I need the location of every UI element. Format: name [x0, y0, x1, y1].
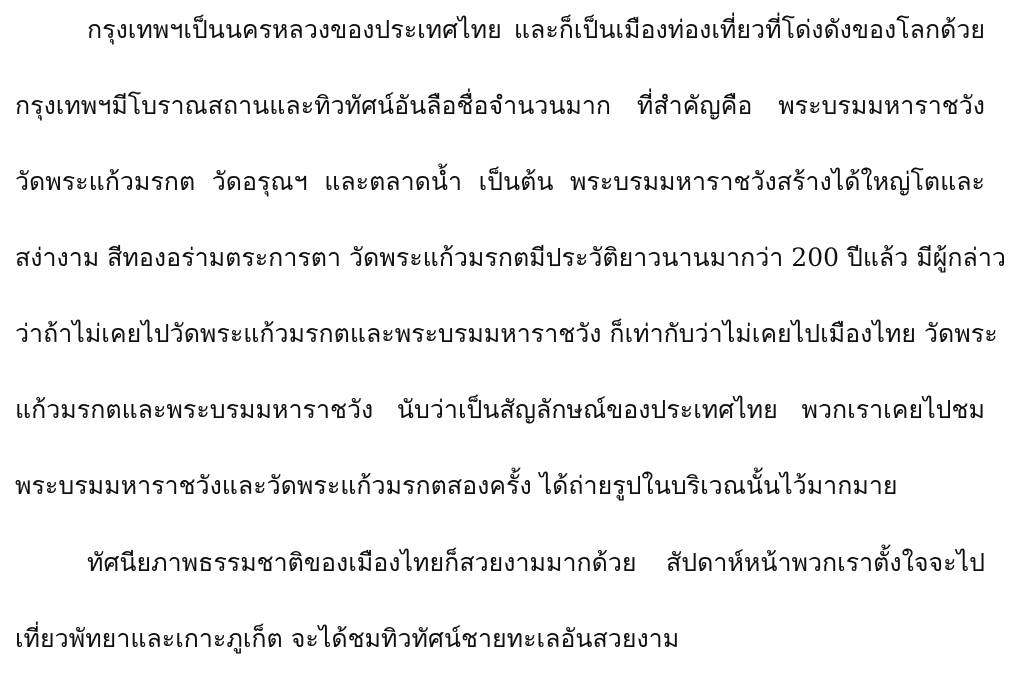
- paragraph-1-line-7: พระบรมมหาราชวังและวัดพระแก้วมรกตสองครั้ง…: [15, 466, 985, 506]
- paragraph-1-line-4: สง่างาม สีทองอร่ามตระการตา วัดพระแก้วมรก…: [15, 238, 985, 278]
- paragraph-1-line-5: ว่าถ้าไม่เคยไปวัดพระแก้วมรกตและพระบรมมหา…: [15, 314, 985, 354]
- paragraph-2-line-2: เที่ยวพัทยาและเกาะภูเก็ต จะได้ชมทิวทัศน์…: [15, 619, 985, 659]
- paragraph-1-line-6: แก้วมรกตและพระบรมมหาราชวัง นับว่าเป็นสัญ…: [15, 390, 985, 430]
- document-page: กรุงเทพฯเป็นนครหลวงของประเทศไทย และก็เป็…: [0, 0, 1024, 673]
- paragraph-1-line-1: กรุงเทพฯเป็นนครหลวงของประเทศไทย และก็เป็…: [87, 10, 985, 50]
- paragraph-1-line-2: กรุงเทพฯมีโบราณสถานและทิวทัศน์อันลือชื่อ…: [15, 86, 985, 126]
- paragraph-1-line-3: วัดพระแก้วมรกต วัดอรุณฯ และตลาดน้ำ เป็นต…: [15, 162, 985, 202]
- paragraph-2-line-1: ทัศนียภาพธรรมชาติของเมืองไทยก็สวยงามมากด…: [87, 543, 985, 583]
